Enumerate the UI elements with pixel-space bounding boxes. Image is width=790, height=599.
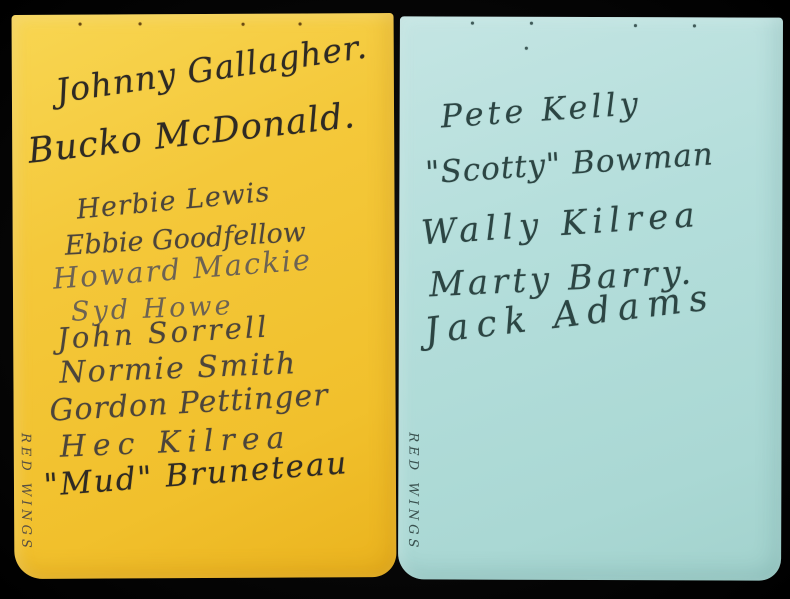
signature-scotty-bowman: "Scotty" Bowman (424, 139, 714, 189)
signature-pete-kelly: Pete Kelly (440, 87, 643, 132)
binding-hole (525, 47, 528, 50)
signature-johnny-gallagher: Johnny Gallagher. (54, 30, 370, 108)
binding-hole (139, 22, 142, 25)
team-label-red-wings: RED WINGS (18, 433, 34, 552)
binding-hole (242, 23, 245, 26)
binding-hole (634, 24, 637, 27)
signature-wally-kilrea: Wally Kilrea (420, 198, 701, 250)
signature-bucko-mcdonald: Bucko McDonald. (26, 99, 357, 170)
signature-herbie-lewis: Herbie Lewis (75, 179, 271, 224)
autograph-page-blue: Pete Kelly "Scotty" Bowman Wally Kilrea … (398, 16, 783, 580)
binding-hole (79, 23, 82, 26)
binding-hole (299, 22, 302, 25)
photo-background: Johnny Gallagher. Bucko McDonald. Herbie… (0, 0, 790, 599)
autograph-page-yellow: Johnny Gallagher. Bucko McDonald. Herbie… (12, 13, 397, 579)
binding-hole (471, 22, 474, 25)
binding-hole (693, 24, 696, 27)
binding-hole (530, 22, 533, 25)
team-label-red-wings: RED WINGS (405, 432, 420, 551)
